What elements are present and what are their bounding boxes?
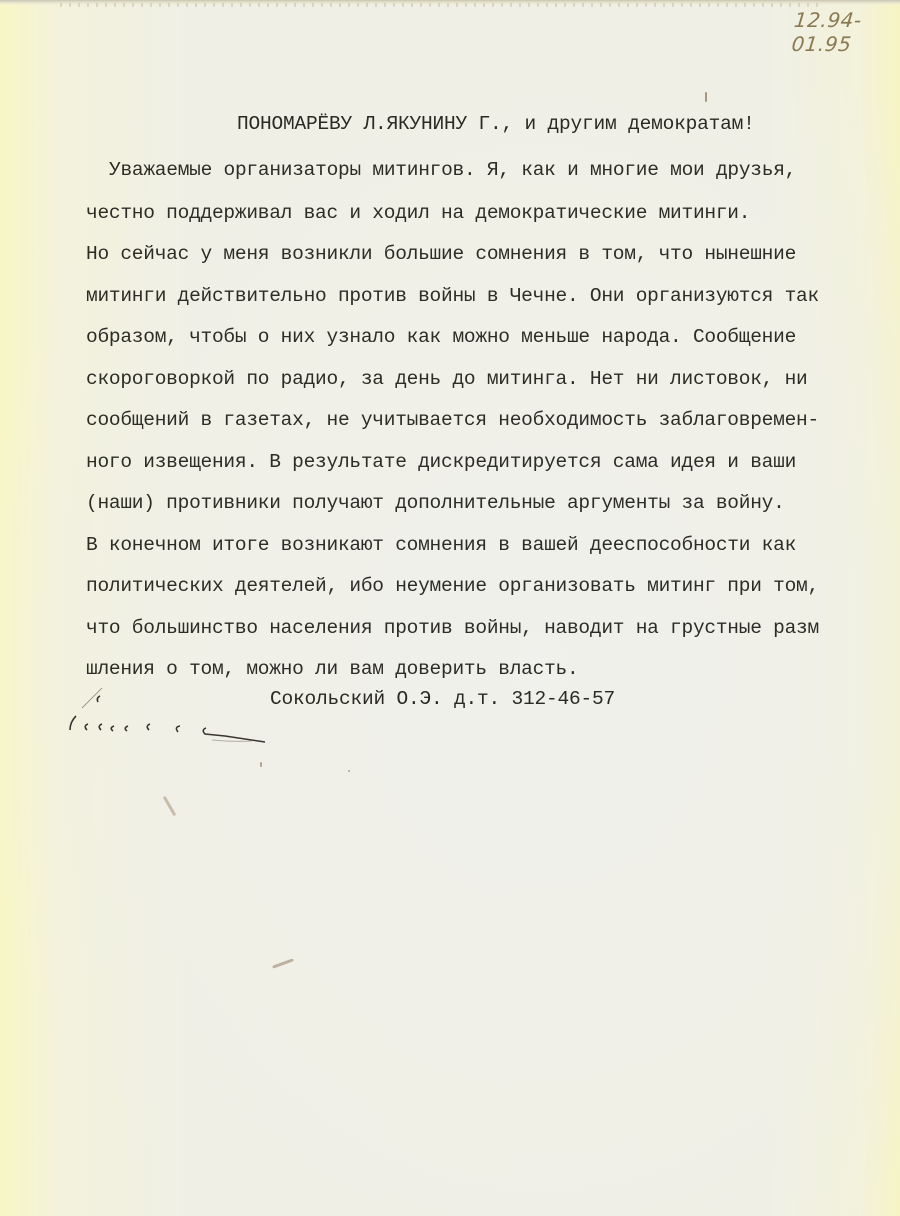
body-line: сообщений в газетах, не учитывается необ… [86, 409, 819, 431]
body-line: Уважаемые организаторы митингов. Я, как … [109, 159, 796, 181]
body-line: ного извещения. В результате дискредитир… [86, 451, 796, 473]
archive-number: 12.94-01.95 [790, 8, 900, 56]
body-line: В конечном итоге возникают сомнения в ва… [86, 534, 796, 556]
scanned-paper-page: 12.94-01.95 ПОНОМАРЁВУ Л.ЯКУНИНУ Г., и д… [0, 0, 900, 1216]
faint-bleed-through-text [60, 3, 820, 7]
signature-line: Сокольский О.Э. д.т. 312-46-57 [270, 688, 615, 710]
body-line: что большинство населения против войны, … [86, 617, 819, 639]
body-line: (наши) противники получают дополнительны… [86, 492, 785, 514]
body-line: Но сейчас у меня возникли большие сомнен… [86, 243, 796, 265]
paper-speck [260, 762, 262, 767]
handwritten-signature [62, 680, 292, 750]
body-line: шления о том, можно ли вам доверить влас… [86, 658, 578, 680]
paper-speck [705, 92, 707, 102]
body-line: честно поддерживал вас и ходил на демокр… [86, 202, 750, 224]
paper-stain [163, 796, 177, 817]
body-line: образом, чтобы о них узнало как можно ме… [86, 326, 796, 348]
body-line: митинги действительно против войны в Чеч… [86, 285, 819, 307]
body-line: скороговоркой по радио, за день до митин… [86, 368, 807, 390]
body-line: политических деятелей, ибо неумение орга… [86, 575, 819, 597]
letter-heading: ПОНОМАРЁВУ Л.ЯКУНИНУ Г., и другим демокр… [237, 113, 755, 135]
paper-speck [348, 770, 350, 772]
paper-stain [272, 958, 294, 968]
